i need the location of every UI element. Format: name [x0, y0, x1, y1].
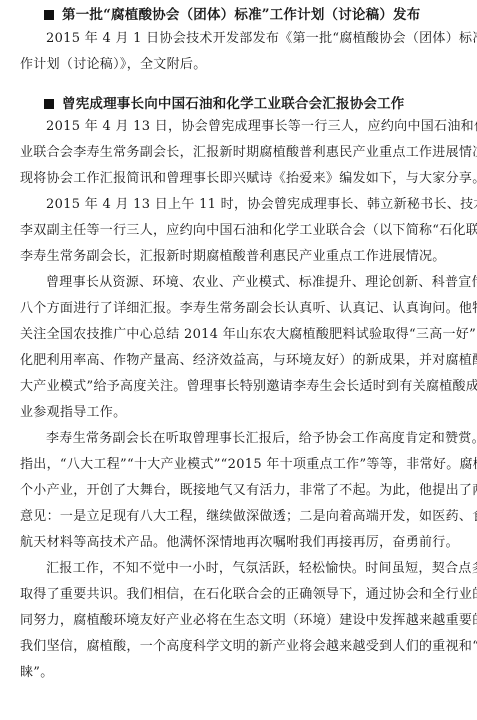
text-line: 同努力，腐植酸环境友好产业必将在生态文明（环境）建设中发挥越来越重要的作用。: [20, 608, 457, 634]
text-line: 关注全国农技推广中心总结 2014 年山东农大腐植酸肥料试验取得“三高一好”（即…: [20, 322, 457, 348]
text-line: 业联合会李寿生常务副会长，汇报新时期腐植酸普利惠民产业重点工作进展情况。: [20, 140, 457, 166]
text-line: 大产业模式”给予高度关注。曾理事长特别邀请李寿生会长适时到有关腐植酸成功企: [20, 374, 457, 400]
paragraph-5: 汇报工作，不知不觉中一小时，气氛活跃，轻松愉快。时间虽短，契合点多， 取得了重要…: [20, 556, 457, 686]
text-line: 李寿生常务副会长在听取曾理事长汇报后，给予协会工作高度肯定和赞赏。他: [20, 426, 457, 452]
paragraph-1: 2015 年 4 月 13 日，协会曾宪成理事长等一行三人，应约向中国石油和化学…: [20, 114, 457, 192]
text-line: 业参观指导工作。: [20, 400, 457, 426]
text-line: 指出，“八大工程”“十大产业模式”“2015 年十项重点工作”等等，非常好。腐植…: [20, 452, 457, 478]
square-bullet-icon: [44, 10, 54, 20]
square-bullet-icon: [44, 99, 54, 109]
paragraph-standards-plan: 2015 年 4 月 1 日协会技术开发部发布《第一批“腐植酸协会（团体）标准”…: [20, 26, 457, 78]
heading-text: 第一批“腐植酸协会（团体）标准”工作计划（讨论稿）发布: [62, 7, 420, 23]
text-line: 意见：一是立足现有八大工程，继续做深做透；二是向着高端开发，如医药、食品、: [20, 504, 457, 530]
text-line: 现将协会工作汇报简讯和曾理事长即兴赋诗《抬爱来》编发如下，与大家分享。: [20, 166, 457, 192]
text-line: 2015 年 4 月 1 日协会技术开发部发布《第一批“腐植酸协会（团体）标准”…: [20, 26, 457, 52]
paragraph-4: 李寿生常务副会长在听取曾理事长汇报后，给予协会工作高度肯定和赞赏。他 指出，“八…: [20, 426, 457, 556]
paragraph-3: 曾理事长从资源、环境、农业、产业模式、标准提升、理论创新、科普宣传等 八个方面进…: [20, 270, 457, 426]
paragraph-2: 2015 年 4 月 13 日上午 11 时，协会曾宪成理事长、韩立新秘书长、技…: [20, 192, 457, 270]
text-line: 八个方面进行了详细汇报。李寿生常务副会长认真听、认真记、认真询问。他特别: [20, 296, 457, 322]
text-line: 个小产业，开创了大舞台，既接地气又有活力，非常了不起。为此，他提出了两点: [20, 478, 457, 504]
text-line: 我们坚信，腐植酸，一个高度科学文明的新产业将会越来越受到人们的重视和“青: [20, 634, 457, 660]
text-line: 取得了重要共识。我们相信，在石化联合会的正确领导下，通过协会和全行业的共: [20, 582, 457, 608]
text-line: 航天材料等高技术产品。他满怀深情地再次嘱咐我们再接再厉，奋勇前行。: [20, 530, 457, 556]
text-line: 化肥利用率高、作物产量高、经济效益高，与环境友好）的新成果，并对腐植酸“十: [20, 348, 457, 374]
heading-text: 曾宪成理事长向中国石油和化学工业联合会汇报协会工作: [62, 96, 405, 112]
text-line: 2015 年 4 月 13 日上午 11 时，协会曾宪成理事长、韩立新秘书长、技…: [20, 192, 457, 218]
text-line: 李双副主任等一行三人，应约向中国石油和化学工业联合会（以下简称“石化联合会”）: [20, 218, 457, 244]
text-line: 李寿生常务副会长，汇报新时期腐植酸普利惠民产业重点工作进展情况。: [20, 244, 457, 270]
text-line: 睐”。: [20, 660, 457, 686]
text-line: 2015 年 4 月 13 日，协会曾宪成理事长等一行三人，应约向中国石油和化学…: [20, 114, 457, 140]
text-line: 曾理事长从资源、环境、农业、产业模式、标准提升、理论创新、科普宣传等: [20, 270, 457, 296]
text-line: 作计划（讨论稿）》，全文附后。: [20, 52, 457, 78]
section-heading-report: 曾宪成理事长向中国石油和化学工业联合会汇报协会工作: [44, 95, 405, 113]
section-heading-standards-plan: 第一批“腐植酸协会（团体）标准”工作计划（讨论稿）发布: [44, 6, 420, 24]
text-line: 汇报工作，不知不觉中一小时，气氛活跃，轻松愉快。时间虽短，契合点多，: [20, 556, 457, 582]
